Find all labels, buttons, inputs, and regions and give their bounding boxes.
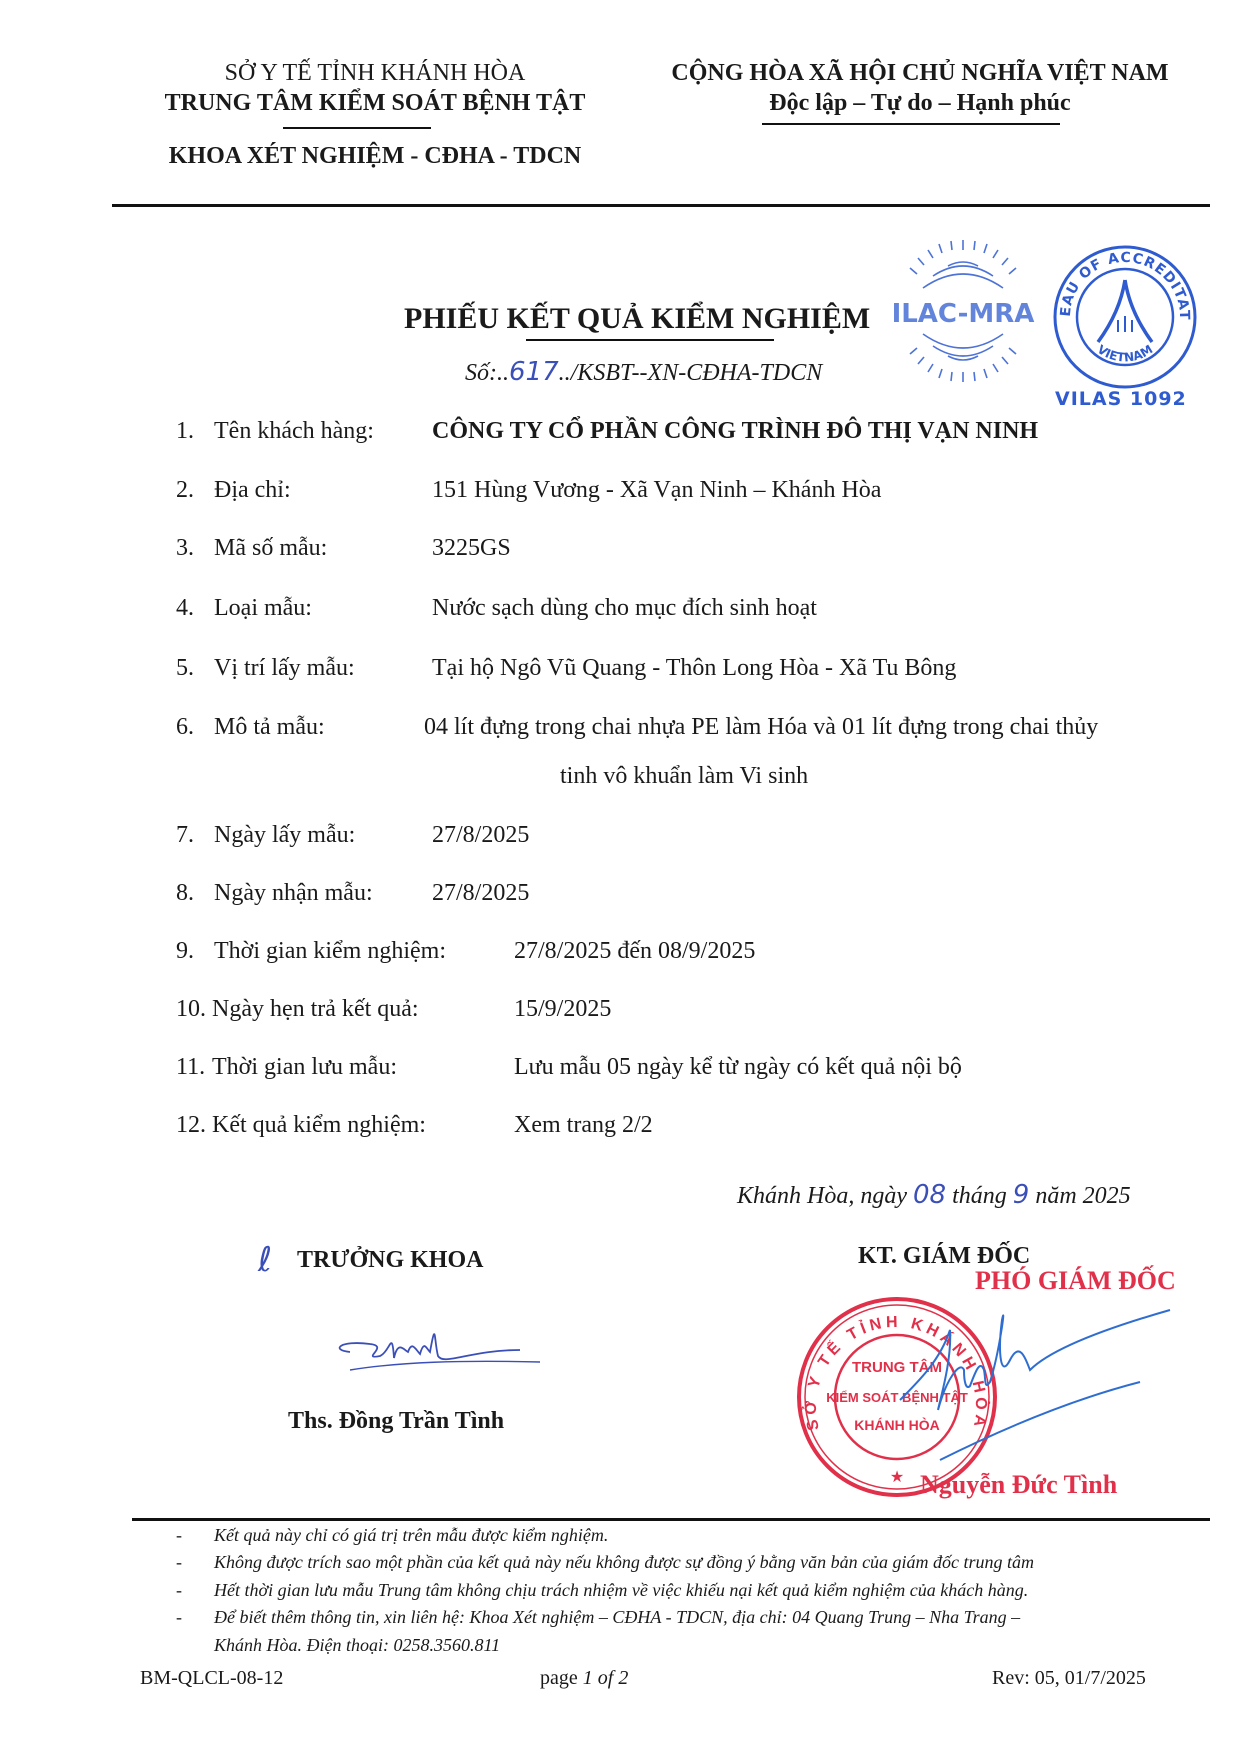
note-bullet: -	[176, 1607, 182, 1628]
note-text: Kết quả này chỉ có giá trị trên mẫu được…	[214, 1525, 608, 1546]
header-center-underline	[283, 127, 431, 129]
field-number: 7.	[176, 822, 214, 849]
field-number: 4.	[176, 595, 214, 622]
right-signature-icon	[880, 1290, 1180, 1480]
field-number: 3.	[176, 535, 214, 562]
field-row: 11.Thời gian lưu mẫu:	[176, 1054, 397, 1081]
note-text: Để biết thêm thông tin, xin liên hệ: Kho…	[214, 1607, 1020, 1628]
note-bullet: -	[176, 1580, 182, 1601]
field-value-continuation: tinh vô khuẩn làm Vi sinh	[560, 763, 808, 790]
field-value: 151 Hùng Vương - Xã Vạn Ninh – Khánh Hòa	[432, 477, 881, 504]
field-value: 3225GS	[432, 535, 511, 562]
form-code: BM-QLCL-08-12	[140, 1667, 283, 1690]
date-prefix: Khánh Hòa, ngày	[737, 1183, 907, 1209]
field-number: 11.	[176, 1054, 212, 1081]
page-indicator: page 1 of 2	[540, 1667, 628, 1690]
field-number: 10.	[176, 996, 212, 1023]
field-label: Kết quả kiểm nghiệm:	[212, 1112, 426, 1139]
date-month: 9	[1013, 1180, 1030, 1210]
header-center-name: TRUNG TÂM KIỂM SOÁT BỆNH TẬT	[110, 90, 640, 117]
number-suffix: ../KSBT--XN-CĐHA-TDCN	[559, 360, 823, 386]
ilac-mra-icon: ILAC-MRA	[888, 236, 1038, 386]
header-motto: Độc lập – Tự do – Hạnh phúc	[640, 90, 1200, 117]
header-department: SỞ Y TẾ TỈNH KHÁNH HÒA	[110, 60, 640, 87]
field-row: 10.Ngày hẹn trả kết quả:	[176, 996, 419, 1023]
field-label: Ngày lấy mẫu:	[214, 822, 355, 849]
field-row: 3.Mã số mẫu:	[176, 535, 327, 562]
note-text: Không được trích sao một phần của kết qu…	[214, 1552, 1034, 1573]
note-bullet: -	[176, 1525, 182, 1546]
field-number: 5.	[176, 655, 214, 682]
field-label: Ngày hẹn trả kết quả:	[212, 996, 419, 1023]
number-handwritten: 617	[509, 357, 559, 387]
field-value: 27/8/2025	[432, 822, 529, 849]
field-label: Loại mẫu:	[214, 595, 312, 622]
notes-divider	[132, 1518, 1210, 1521]
field-label: Tên khách hàng:	[214, 418, 374, 445]
note-text: Khánh Hòa. Điện thoại: 0258.3560.811	[214, 1635, 500, 1656]
header-divider	[112, 204, 1210, 207]
date-year: năm 2025	[1035, 1183, 1130, 1209]
field-value: 04 lít đựng trong chai nhựa PE làm Hóa v…	[424, 714, 1098, 741]
field-row: 6.Mô tả mẫu:	[176, 714, 325, 741]
field-number: 8.	[176, 880, 214, 907]
revision-info: Rev: 05, 01/7/2025	[992, 1667, 1146, 1690]
header-motto-underline	[762, 123, 1060, 125]
field-value: 27/8/2025 đến 08/9/2025	[514, 938, 755, 965]
field-label: Thời gian lưu mẫu:	[212, 1054, 397, 1081]
note-bullet: -	[176, 1552, 182, 1573]
field-label: Mô tả mẫu:	[214, 714, 325, 741]
date-day: 08	[913, 1180, 946, 1210]
left-signature-icon	[320, 1310, 550, 1390]
field-value: Lưu mẫu 05 ngày kể từ ngày có kết quả nộ…	[514, 1054, 962, 1081]
boa-accreditation-seal: BUREAU OF ACCREDITATION VIETNAM	[1050, 242, 1200, 392]
right-signer-name: Nguyễn Đức Tình	[920, 1470, 1117, 1500]
field-number: 12.	[176, 1112, 212, 1139]
initial-mark: ℓ	[258, 1240, 272, 1280]
field-label: Vị trí lấy mẫu:	[214, 655, 355, 682]
field-row: 4.Loại mẫu:	[176, 595, 312, 622]
title-underline	[526, 339, 774, 341]
field-row: 7.Ngày lấy mẫu:	[176, 822, 355, 849]
note-text: Hết thời gian lưu mẫu Trung tâm không ch…	[214, 1580, 1028, 1601]
field-number: 6.	[176, 714, 214, 741]
field-value: 15/9/2025	[514, 996, 611, 1023]
header-division: KHOA XÉT NGHIỆM - CĐHA - TDCN	[110, 143, 640, 170]
field-value: CÔNG TY CỔ PHẦN CÔNG TRÌNH ĐÔ THỊ VẠN NI…	[432, 418, 1038, 445]
left-signer-title: TRƯỞNG KHOA	[297, 1247, 483, 1274]
field-row: 8.Ngày nhận mẫu:	[176, 880, 373, 907]
vilas-code: VILAS 1092	[1055, 388, 1187, 410]
field-row: 1.Tên khách hàng:	[176, 418, 374, 445]
document-title: PHIẾU KẾT QUẢ KIỂM NGHIỆM	[404, 302, 870, 336]
document-number: Số:..617../KSBT--XN-CĐHA-TDCN	[465, 357, 822, 387]
field-number: 1.	[176, 418, 214, 445]
field-value: Nước sạch dùng cho mục đích sinh hoạt	[432, 595, 817, 622]
field-label: Ngày nhận mẫu:	[214, 880, 373, 907]
field-label: Thời gian kiểm nghiệm:	[214, 938, 446, 965]
field-row: 2.Địa chỉ:	[176, 477, 291, 504]
field-row: 12.Kết quả kiểm nghiệm:	[176, 1112, 426, 1139]
field-value: Xem trang 2/2	[514, 1112, 653, 1139]
page-number: 1 of 2	[583, 1667, 629, 1689]
boa-seal-icon: BUREAU OF ACCREDITATION VIETNAM	[1050, 242, 1200, 392]
svg-text:ILAC-MRA: ILAC-MRA	[892, 299, 1035, 329]
field-number: 9.	[176, 938, 214, 965]
header-country: CỘNG HÒA XÃ HỘI CHỦ NGHĨA VIỆT NAM	[640, 60, 1200, 87]
field-label: Địa chỉ:	[214, 477, 291, 504]
date-month-label: tháng	[952, 1183, 1007, 1209]
field-number: 2.	[176, 477, 214, 504]
page-prefix: page	[540, 1667, 578, 1689]
number-prefix: Số:..	[465, 360, 509, 386]
left-signer-name: Ths. Đồng Trần Tình	[288, 1408, 504, 1435]
issue-date-line: Khánh Hòa, ngày 08 tháng 9 năm 2025	[737, 1180, 1131, 1210]
ilac-mra-mark: ILAC-MRA	[888, 236, 1038, 386]
field-value: 27/8/2025	[432, 880, 529, 907]
field-row: 5.Vị trí lấy mẫu:	[176, 655, 355, 682]
field-row: 9.Thời gian kiểm nghiệm:	[176, 938, 446, 965]
field-label: Mã số mẫu:	[214, 535, 327, 562]
field-value: Tại hộ Ngô Vũ Quang - Thôn Long Hòa - Xã…	[432, 655, 956, 682]
svg-text:BUREAU OF ACCREDITATION: BUREAU OF ACCREDITATION	[1050, 242, 1192, 321]
